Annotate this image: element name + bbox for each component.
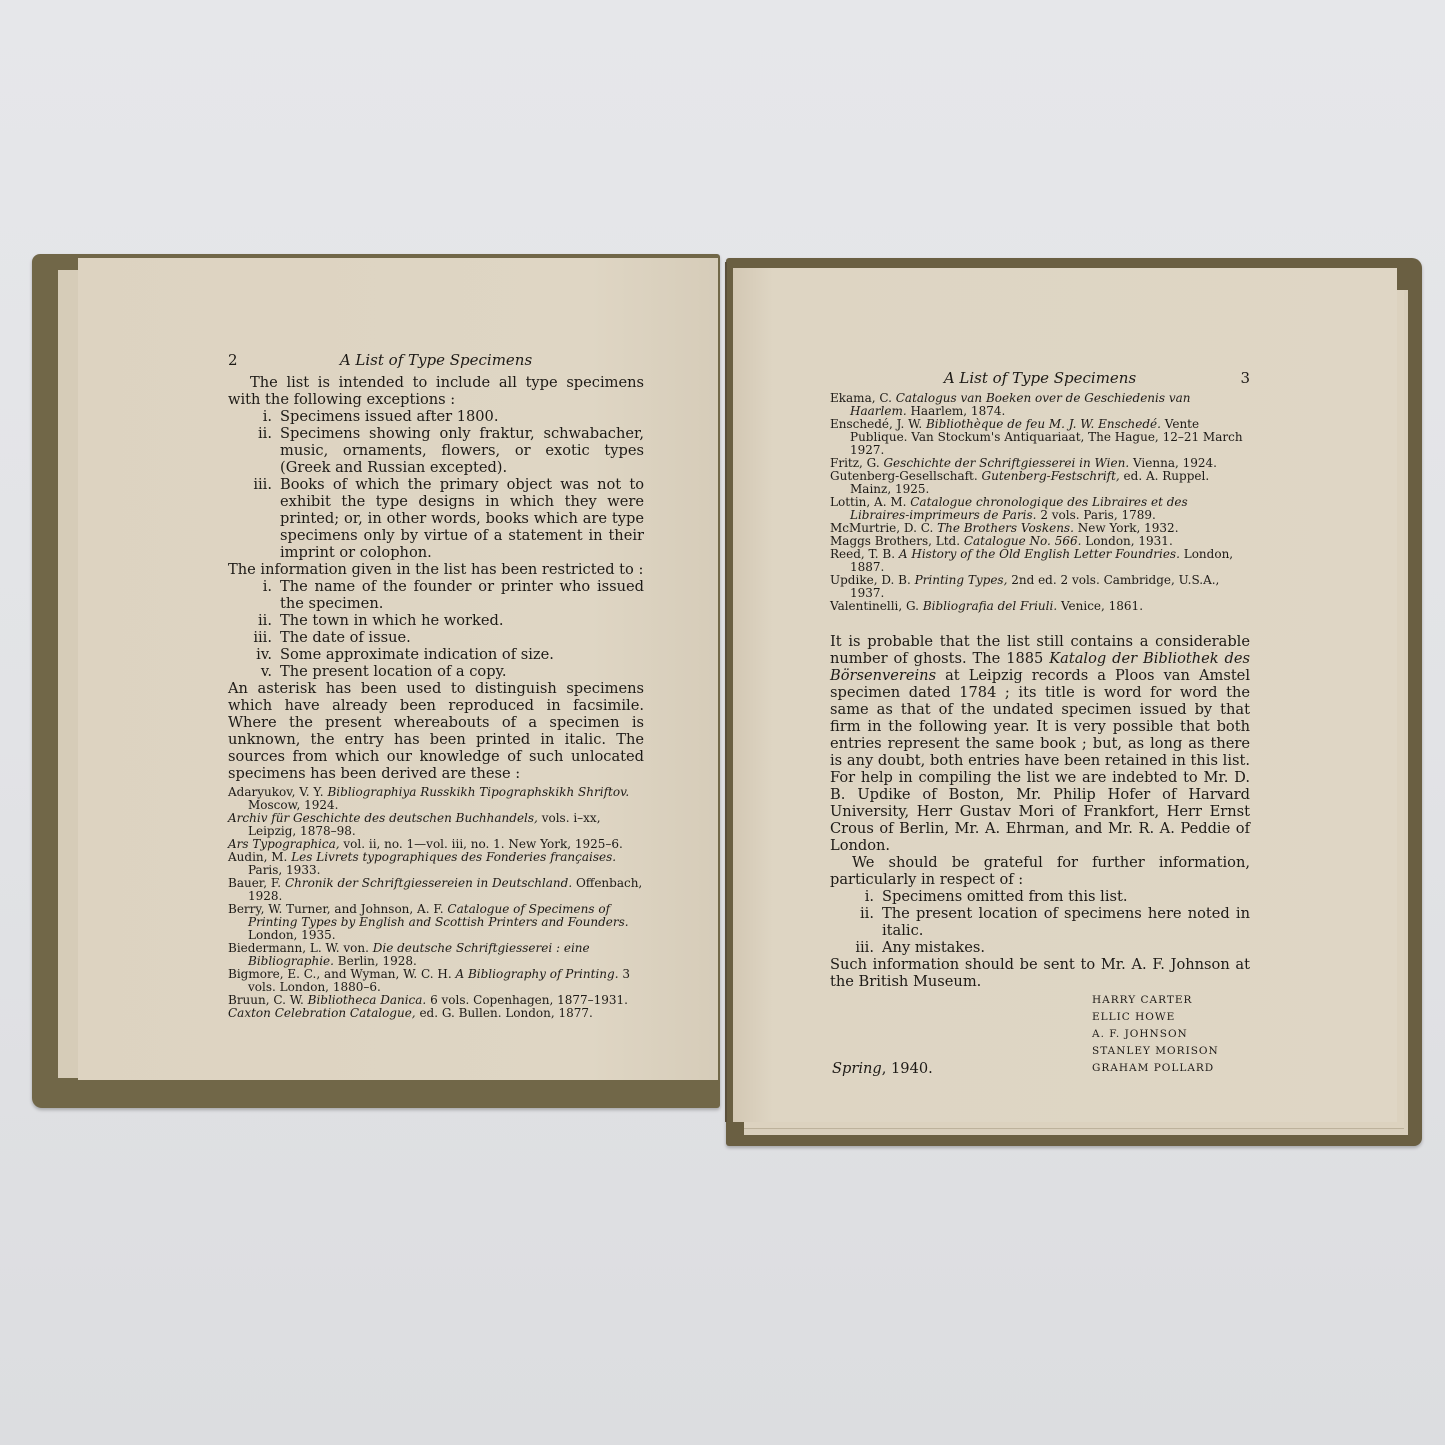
signatory: ELLIC HOWE bbox=[1092, 1009, 1219, 1026]
signatory: A. F. JOHNSON bbox=[1092, 1026, 1219, 1043]
list-item: ii.Specimens showing only fraktur, schwa… bbox=[228, 425, 644, 476]
list-item: v.The present location of a copy. bbox=[228, 663, 644, 680]
bibliography-entry: Archiv für Geschichte des deutschen Buch… bbox=[228, 812, 644, 838]
restricted-intro: The information given in the list has be… bbox=[228, 561, 644, 578]
bibliography-entry: Lottin, A. M. Catalogue chronologique de… bbox=[830, 496, 1250, 522]
bibliography-entry: Valentinelli, G. Bibliografia del Friuli… bbox=[830, 600, 1250, 613]
right-page-text: A List of Type Specimens 3 Ekama, C. Cat… bbox=[830, 370, 1250, 1080]
right-running-head: A List of Type Specimens 3 bbox=[830, 370, 1250, 392]
list-item: iii.Any mistakes. bbox=[830, 939, 1250, 956]
bibliography-entry: Reed, T. B. A History of the Old English… bbox=[830, 548, 1250, 574]
exceptions-list: i.Specimens issued after 1800. ii.Specim… bbox=[228, 408, 644, 561]
bibliography-entry: Bauer, F. Chronik der Schriftgiessereien… bbox=[228, 877, 644, 903]
page-number: 3 bbox=[1240, 370, 1250, 387]
signatories-list: HARRY CARTER ELLIC HOWE A. F. JOHNSON ST… bbox=[1092, 992, 1219, 1077]
bibliography-list: Ekama, C. Catalogus van Boeken over de G… bbox=[830, 392, 1250, 613]
ghosts-paragraph: It is probable that the list still conta… bbox=[830, 633, 1250, 854]
page-number: 2 bbox=[228, 352, 238, 369]
signatory: HARRY CARTER bbox=[1092, 992, 1219, 1009]
requests-list: i.Specimens omitted from this list. ii.T… bbox=[830, 888, 1250, 956]
contact-paragraph: Such information should be sent to Mr. A… bbox=[830, 956, 1250, 990]
bibliography-entry: Updike, D. B. Printing Types, 2nd ed. 2 … bbox=[830, 574, 1250, 600]
list-item: ii.The present location of specimens her… bbox=[830, 905, 1250, 939]
bibliography-entry: Berry, W. Turner, and Johnson, A. F. Cat… bbox=[228, 903, 644, 942]
list-item: i.The name of the founder or printer who… bbox=[228, 578, 644, 612]
list-item: i.Specimens omitted from this list. bbox=[830, 888, 1250, 905]
running-head-title: A List of Type Specimens bbox=[830, 370, 1250, 387]
list-item: iii.Books of which the primary object wa… bbox=[228, 476, 644, 561]
bibliography-list: Adaryukov, V. Y. Bibliographiya Russkikh… bbox=[228, 786, 644, 1020]
list-item: ii.The town in which he worked. bbox=[228, 612, 644, 629]
list-item: i.Specimens issued after 1800. bbox=[228, 408, 644, 425]
bibliography-entry: Adaryukov, V. Y. Bibliographiya Russkikh… bbox=[228, 786, 644, 812]
list-item: iii.The date of issue. bbox=[228, 629, 644, 646]
list-item: iv.Some approximate indication of size. bbox=[228, 646, 644, 663]
left-page-text: 2 A List of Type Specimens The list is i… bbox=[228, 352, 644, 1020]
signatory: STANLEY MORISON bbox=[1092, 1043, 1219, 1060]
bibliography-entry: Ekama, C. Catalogus van Boeken over de G… bbox=[830, 392, 1250, 418]
bibliography-entry: Gutenberg-Gesellschaft. Gutenberg-Festsc… bbox=[830, 470, 1250, 496]
restricted-list: i.The name of the founder or printer who… bbox=[228, 578, 644, 680]
asterisk-paragraph: An asterisk has been used to distinguish… bbox=[228, 680, 644, 782]
date-line: Spring, 1940. bbox=[832, 1060, 933, 1077]
intro-paragraph: The list is intended to include all type… bbox=[228, 374, 644, 408]
bibliography-entry: Bigmore, E. C., and Wyman, W. C. H. A Bi… bbox=[228, 968, 644, 994]
bibliography-entry: Caxton Celebration Catalogue, ed. G. Bul… bbox=[228, 1007, 644, 1020]
bibliography-entry: Biedermann, L. W. von. Die deutsche Schr… bbox=[228, 942, 644, 968]
running-head-title: A List of Type Specimens bbox=[228, 352, 644, 369]
signatory: GRAHAM POLLARD bbox=[1092, 1060, 1219, 1077]
bibliography-entry: Audin, M. Les Livrets typographiques des… bbox=[228, 851, 644, 877]
bibliography-entry: Enschedé, J. W. Bibliothèque de feu M. J… bbox=[830, 418, 1250, 457]
signature-block: HARRY CARTER ELLIC HOWE A. F. JOHNSON ST… bbox=[830, 990, 1250, 1080]
grateful-paragraph: We should be grateful for further inform… bbox=[830, 854, 1250, 888]
book-gutter bbox=[725, 262, 727, 1122]
left-running-head: 2 A List of Type Specimens bbox=[228, 352, 644, 374]
